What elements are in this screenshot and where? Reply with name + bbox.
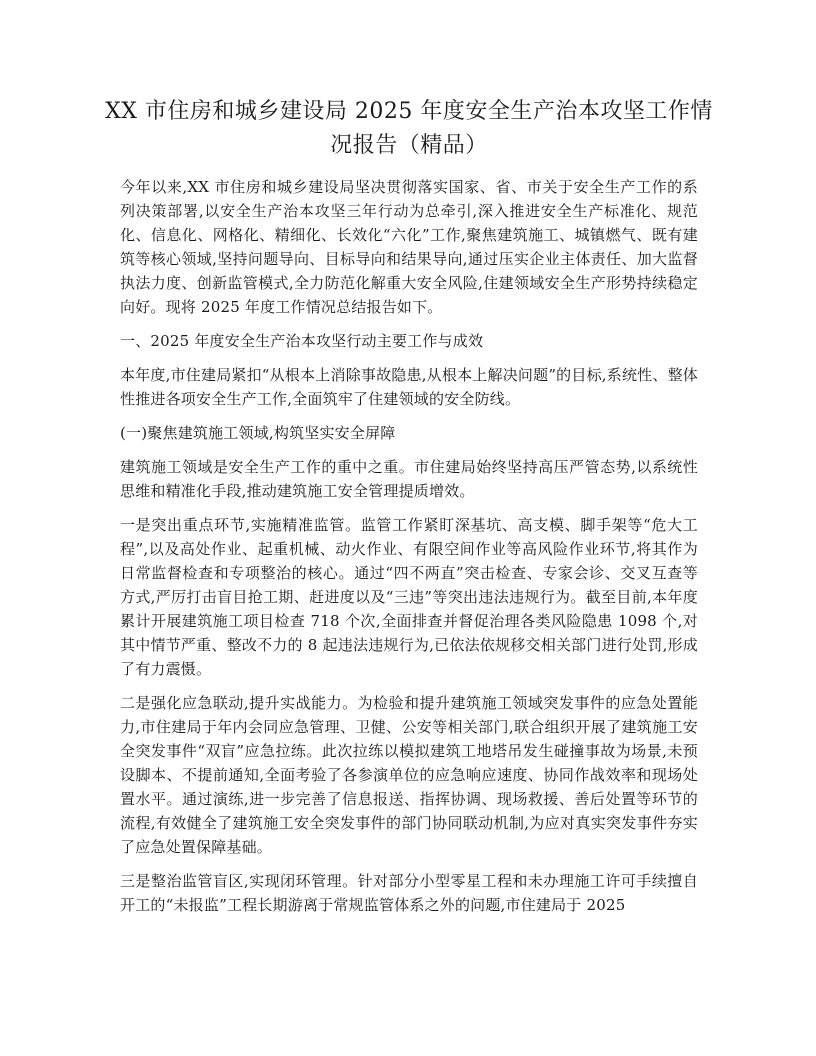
point-3-paragraph: 三是整治监管盲区,实现闭环管理。针对部分小型零星工程和未办理施工许可手续擅自开工… xyxy=(120,869,698,917)
subsection-heading-1: (一)聚焦建筑施工领域,构筑坚实安全屏障 xyxy=(120,421,698,445)
document-page: XX 市住房和城乡建设局 2025 年度安全生产治本攻坚工作情况报告（精品） 今… xyxy=(120,95,698,927)
section-1-intro: 本年度,市住建局紧扣“从根本上消除事故隐患,从根本上解决问题”的目标,系统性、整… xyxy=(120,363,698,411)
subsection-1-intro: 建筑施工领域是安全生产工作的重中之重。市住建局始终坚持高压严管态势,以系统性思维… xyxy=(120,455,698,503)
document-title: XX 市住房和城乡建设局 2025 年度安全生产治本攻坚工作情况报告（精品） xyxy=(104,95,714,163)
point-1-paragraph: 一是突出重点环节,实施精准监管。监管工作紧盯深基坑、高支模、脚手架等“危大工程”… xyxy=(120,513,698,681)
intro-paragraph: 今年以来,XX 市住房和城乡建设局坚决贯彻落实国家、省、市关于安全生产工作的系列… xyxy=(120,175,698,319)
section-heading-1: 一、2025 年度安全生产治本攻坚行动主要工作与成效 xyxy=(120,329,698,353)
point-2-paragraph: 二是强化应急联动,提升实战能力。为检验和提升建筑施工领域突发事件的应急处置能力,… xyxy=(120,691,698,859)
